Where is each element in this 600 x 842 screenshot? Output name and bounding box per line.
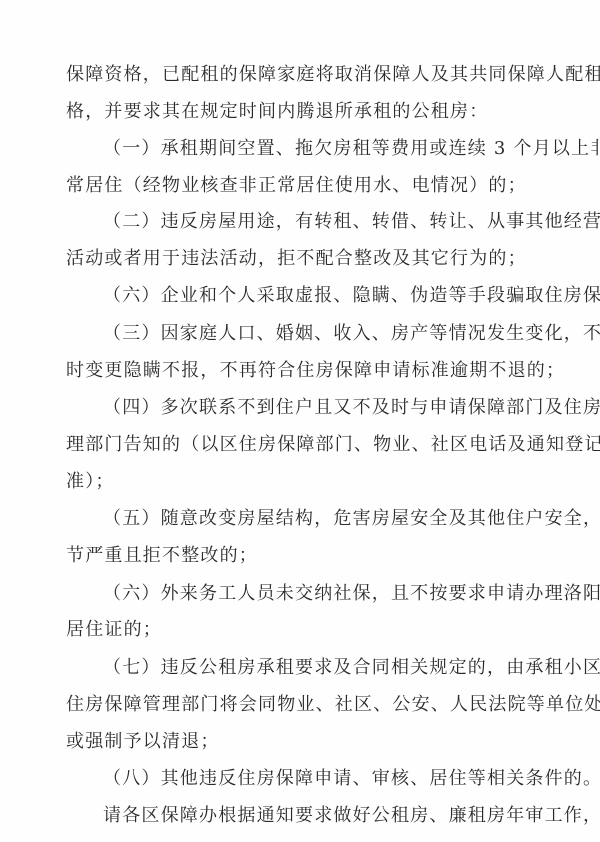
text-line: 住房保障管理部门将会同物业、社区、公安、人民法院等单位处理，: [66, 694, 540, 716]
list-item-2: （二）违反房屋用途，有转租、转借、转让、从事其他经营性: [103, 211, 540, 233]
list-item-4: （四）多次联系不到住户且又不及时与申请保障部门及住房管: [103, 397, 540, 419]
list-item-3: （三）因家庭人口、婚姻、收入、房产等情况发生变化，不及: [103, 323, 540, 345]
text-line: 时变更隐瞒不报，不再符合住房保障申请标准逾期不退的；: [66, 360, 540, 382]
list-item-8: （八）其他违反住房保障申请、审核、居住等相关条件的。: [103, 768, 540, 790]
text-line: 节严重且拒不整改的；: [66, 545, 540, 567]
text-line: 格，并要求其在规定时间内腾退所承租的公租房：: [66, 101, 540, 123]
text-line: 保障资格，已配租的保障家庭将取消保障人及其共同保障人配租资: [66, 64, 540, 86]
text-line: 理部门告知的（以区住房保障部门、物业、社区电话及通知登记为: [66, 434, 540, 456]
list-item-6a: （六）企业和个人采取虚报、隐瞒、伪造等手段骗取住房保障的；: [103, 285, 540, 307]
list-item-7: （七）违反公租房承租要求及合同相关规定的，由承租小区区: [103, 657, 540, 679]
text-line: 活动或者用于违法活动，拒不配合整改及其它行为的；: [66, 248, 540, 270]
list-item-6b: （六）外来务工人员未交纳社保，且不按要求申请办理洛阳市: [103, 583, 540, 605]
text-line: 常居住（经物业核查非正常居住使用水、电情况）的；: [66, 175, 540, 197]
list-item-1: （一）承租期间空置、拖欠房租等费用或连续 3 个月以上非正: [103, 138, 540, 160]
list-item-5: （五）随意改变房屋结构，危害房屋安全及其他住户安全，情: [103, 508, 540, 530]
closing-paragraph: 请各区保障办根据通知要求做好公租房、廉租房年审工作，相: [103, 805, 540, 827]
text-line: 居住证的；: [66, 619, 540, 641]
text-line: 准）；: [66, 471, 540, 493]
document-page: 保障资格，已配租的保障家庭将取消保障人及其共同保障人配租资 格，并要求其在规定时…: [0, 0, 600, 842]
text-line: 或强制予以清退；: [66, 731, 540, 753]
